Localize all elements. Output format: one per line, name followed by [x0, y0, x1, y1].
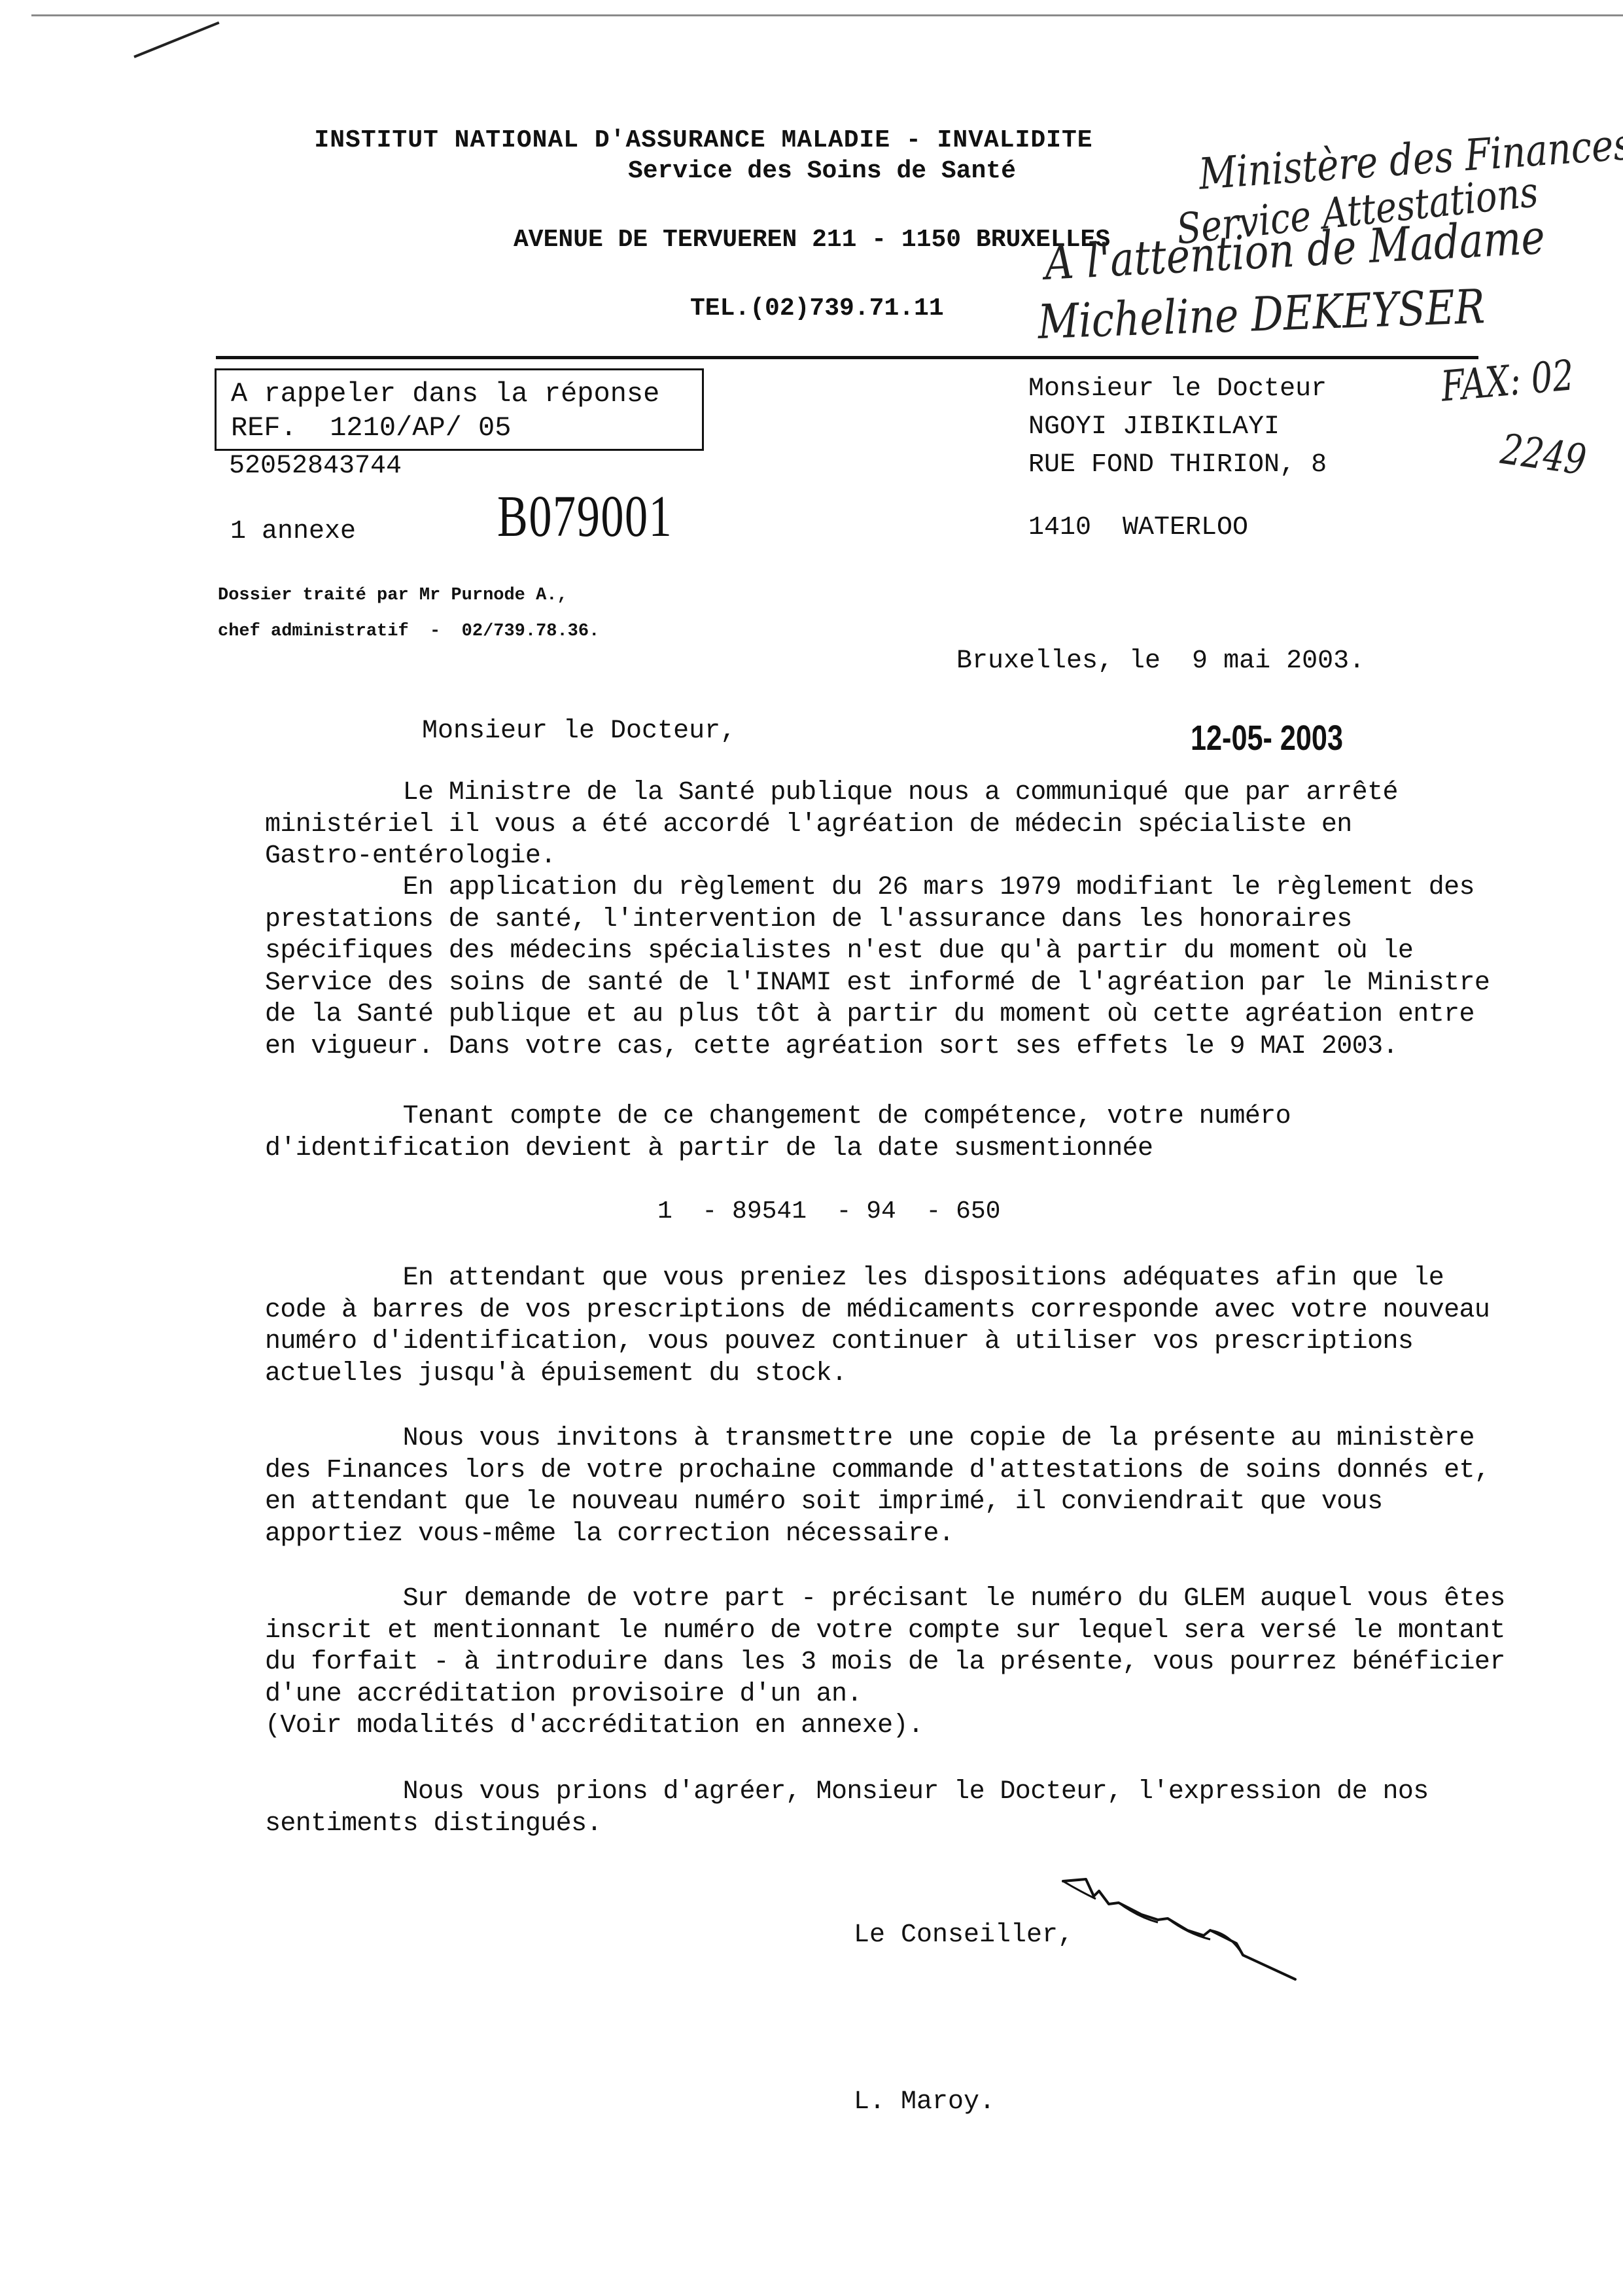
text-line: Gastro-entérologie.	[265, 841, 1613, 873]
text-line: en vigueur. Dans votre cas, cette agréat…	[265, 1031, 1613, 1063]
text-line: Sur demande de votre part - précisant le…	[265, 1583, 1613, 1616]
header-divider	[216, 356, 1478, 359]
handled-by-contact: chef administratif - 02/739.78.36.	[218, 622, 599, 641]
text-line: du forfait - à introduire dans les 3 moi…	[265, 1647, 1613, 1679]
text-line: ministériel il vous a été accordé l'agré…	[265, 809, 1613, 841]
recipient-city: 1410 WATERLOO	[1028, 513, 1248, 542]
recipient-name: NGOYI JIBIKILAYI	[1028, 412, 1280, 442]
text-line: de la Santé publique et au plus tôt à pa…	[265, 999, 1613, 1031]
reference-instruction: A rappeler dans la réponse	[231, 378, 659, 410]
paragraph-6: Sur demande de votre part - précisant le…	[265, 1583, 1613, 1742]
text-line: En application du règlement du 26 mars 1…	[265, 872, 1613, 904]
salutation: Monsieur le Docteur,	[422, 716, 736, 746]
text-line: prestations de santé, l'intervention de …	[265, 904, 1613, 936]
paragraph-1: Le Ministre de la Santé publique nous a …	[265, 777, 1613, 873]
institution-address: AVENUE DE TERVUEREN 211 - 1150 BRUXELLES	[514, 226, 1110, 254]
handwritten-fax-number: 2249	[1498, 425, 1589, 485]
text-line: d'une accréditation provisoire d'un an.	[265, 1679, 1613, 1711]
text-line: inscrit et mentionnant le numéro de votr…	[265, 1616, 1613, 1648]
paragraph-7: Nous vous prions d'agréer, Monsieur le D…	[265, 1776, 1613, 1840]
handled-by: Dossier traité par Mr Purnode A.,	[218, 586, 568, 605]
signature-scribble	[1053, 1871, 1302, 2002]
text-line: En attendant que vous preniez les dispos…	[265, 1263, 1613, 1295]
text-line: Service des soins de santé de l'INAMI es…	[265, 968, 1613, 1000]
text-line: Le Ministre de la Santé publique nous a …	[265, 777, 1613, 809]
text-line: numéro d'identification, vous pouvez con…	[265, 1326, 1613, 1358]
recipient-title: Monsieur le Docteur	[1028, 374, 1327, 404]
paragraph-2: En application du règlement du 26 mars 1…	[265, 872, 1613, 1063]
text-line: des Finances lors de votre prochaine com…	[265, 1455, 1613, 1487]
pen-mark	[133, 22, 219, 58]
annex-count: 1 annexe	[230, 517, 356, 546]
text-line: d'identification devient à partir de la …	[265, 1133, 1613, 1165]
handwritten-line-4: Micheline DEKEYSER	[1037, 279, 1486, 349]
paragraph-5: Nous vous invitons à transmettre une cop…	[265, 1423, 1613, 1550]
recipient-street: RUE FOND THIRION, 8	[1028, 450, 1327, 480]
text-line: Tenant compte de ce changement de compét…	[265, 1101, 1613, 1133]
reference-code: REF. 1210/AP/ 05	[231, 412, 511, 444]
signatory-name: L. Maroy.	[854, 2087, 995, 2117]
text-line: (Voir modalités d'accréditation en annex…	[265, 1710, 1613, 1742]
text-line: sentiments distingués.	[265, 1809, 1613, 1841]
text-line: spécifiques des médecins spécialistes n'…	[265, 936, 1613, 968]
letter-date: Bruxelles, le 9 mai 2003.	[956, 646, 1365, 676]
text-line: apportiez vous-même la correction nécess…	[265, 1519, 1613, 1551]
text-line: Nous vous invitons à transmettre une cop…	[265, 1423, 1613, 1455]
text-line: code à barres de vos prescriptions de mé…	[265, 1295, 1613, 1327]
institution-phone: TEL.(02)739.71.11	[690, 294, 944, 323]
received-date-stamp: 12-05- 2003	[1191, 718, 1343, 758]
scan-edge-line	[31, 14, 1623, 16]
stamp-number: B079001	[497, 483, 672, 550]
service-name: Service des Soins de Santé	[628, 157, 1016, 185]
text-line: en attendant que le nouveau numéro soit …	[265, 1487, 1613, 1519]
identification-number: 1 - 89541 - 94 - 650	[657, 1197, 1001, 1226]
text-line: Nous vous prions d'agréer, Monsieur le D…	[265, 1776, 1613, 1809]
file-number: 52052843744	[229, 451, 402, 481]
reference-box: A rappeler dans la réponse REF. 1210/AP/…	[215, 368, 704, 451]
paragraph-3: Tenant compte de ce changement de compét…	[265, 1101, 1613, 1165]
signatory-title: Le Conseiller,	[854, 1920, 1073, 1950]
paragraph-4: En attendant que vous preniez les dispos…	[265, 1263, 1613, 1390]
text-line: actuelles jusqu'à épuisement du stock.	[265, 1358, 1613, 1390]
handwritten-fax-label: FAX: 02	[1439, 351, 1576, 411]
